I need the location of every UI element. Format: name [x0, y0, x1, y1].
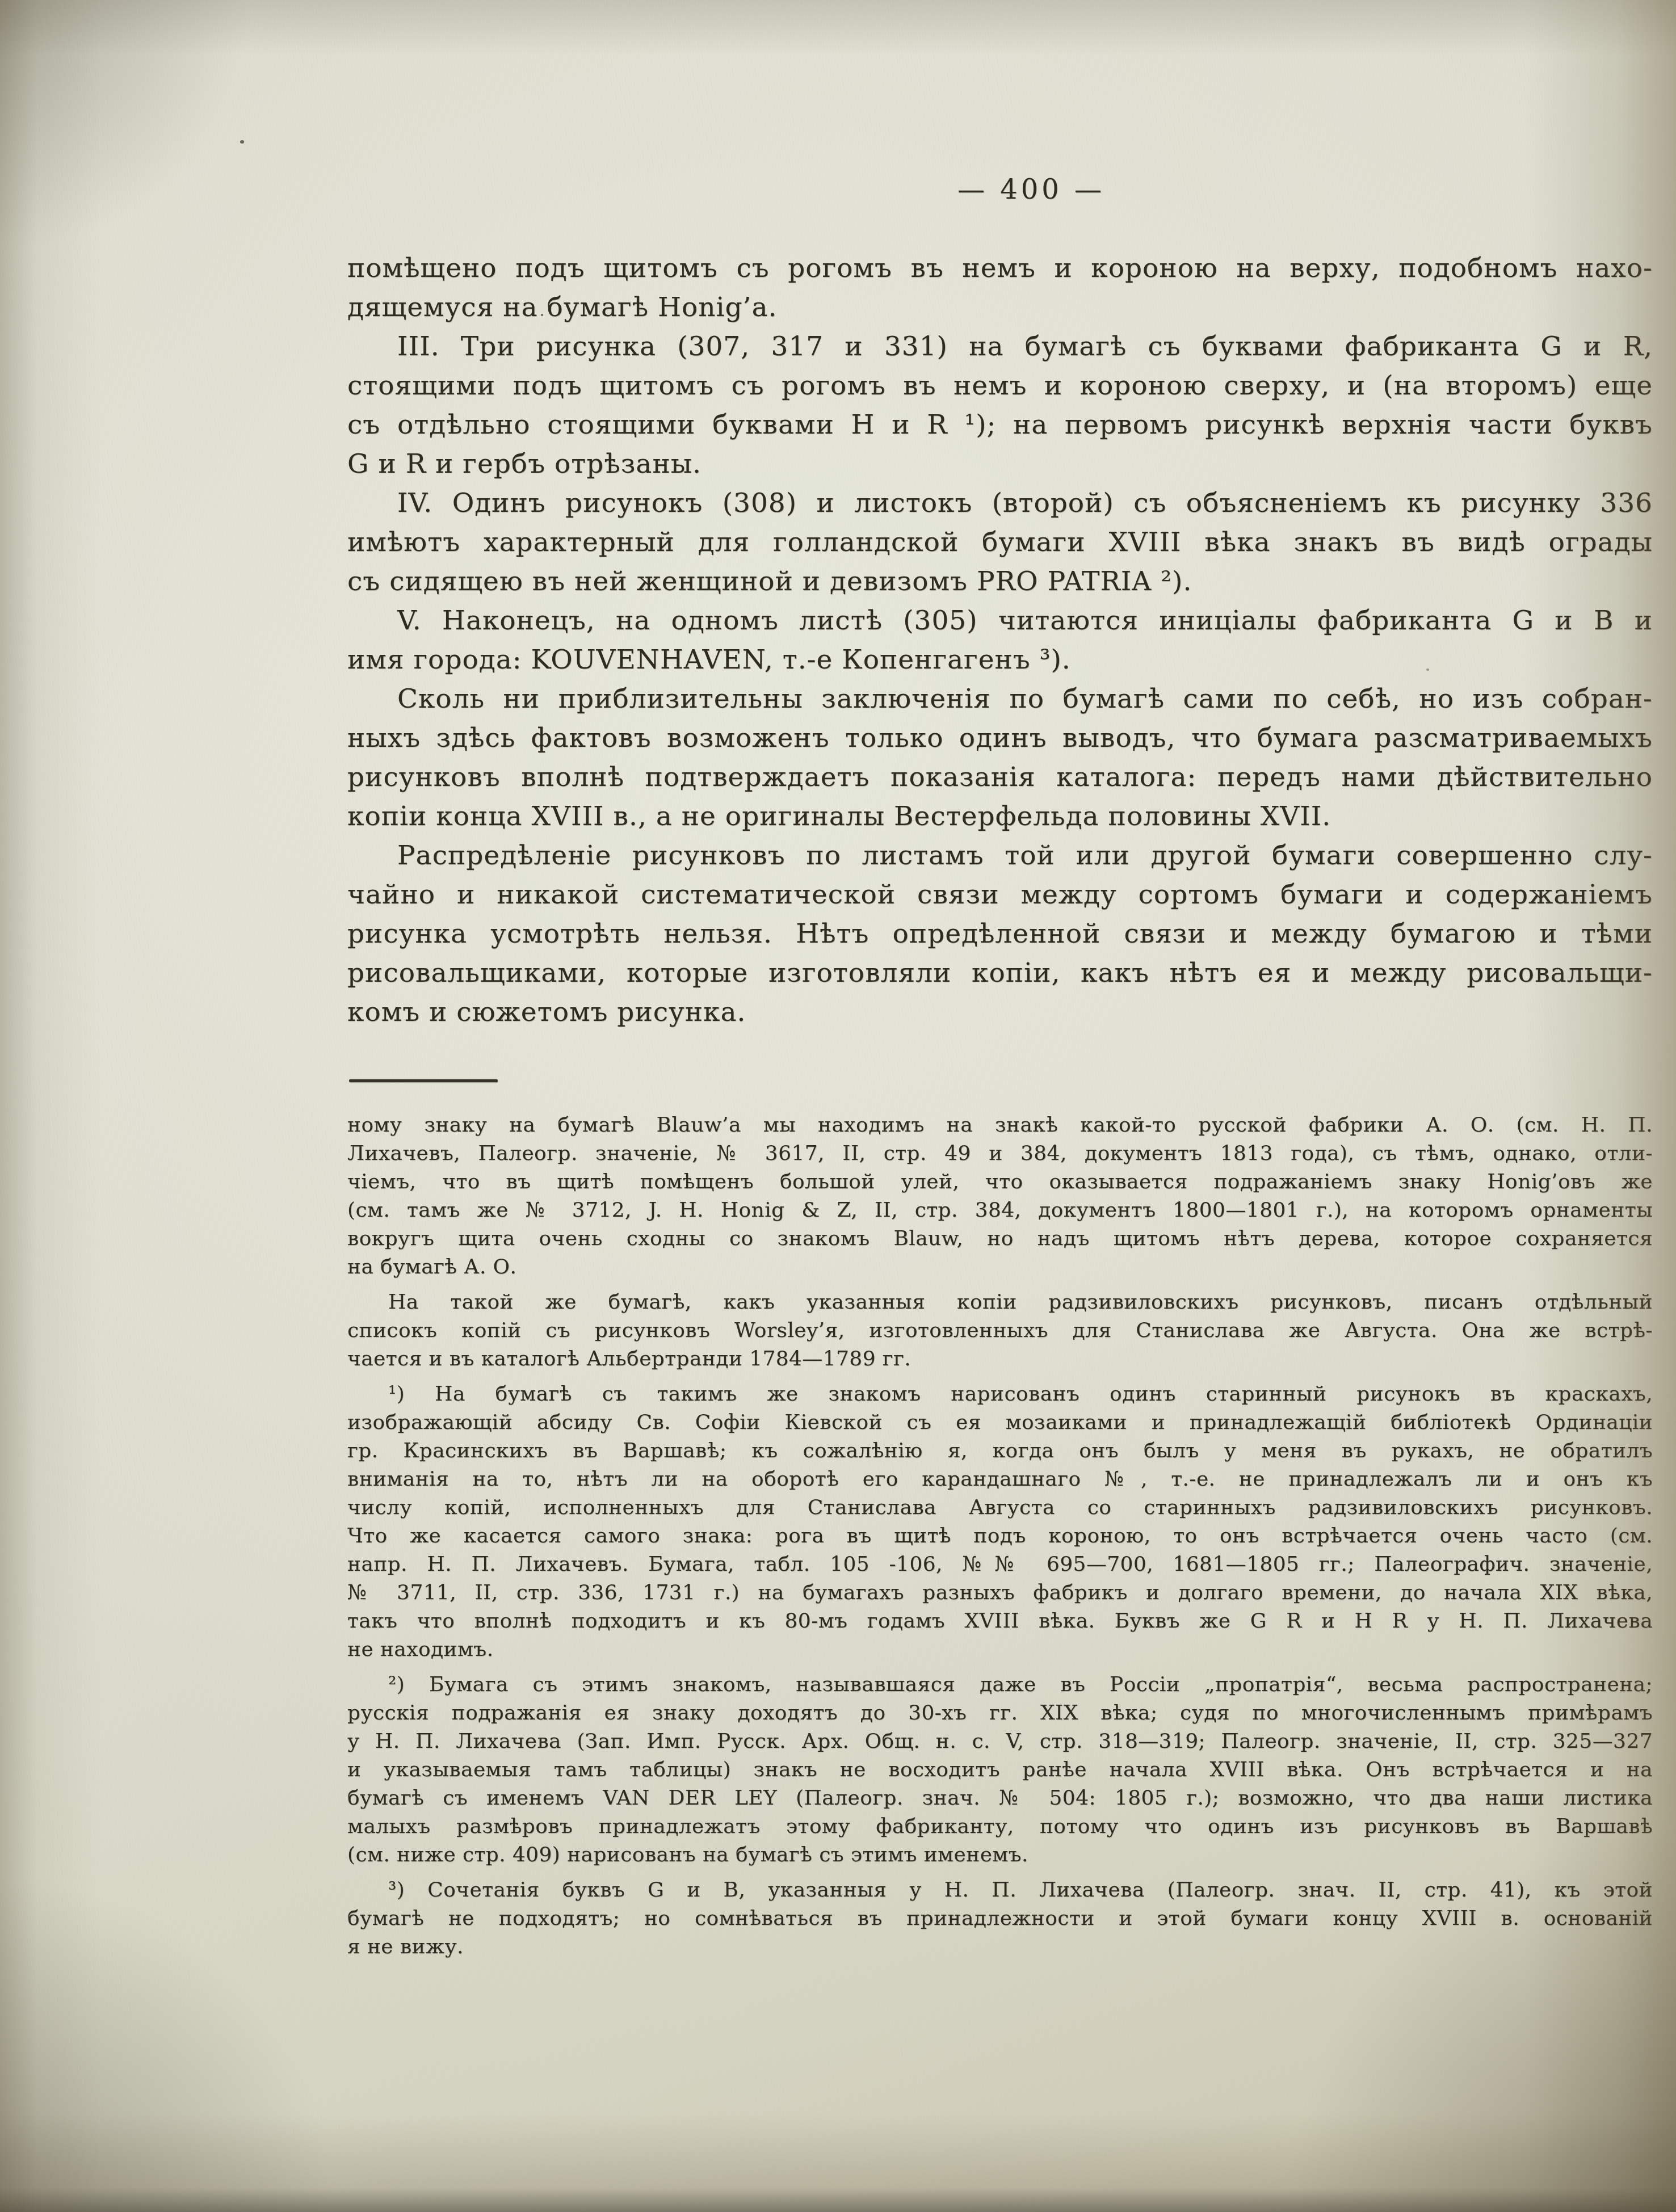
- text-line: рисунка усмотрѣть нельзя. Нѣтъ опредѣлен…: [347, 914, 1653, 953]
- text-line: изображающій абсиду Св. Софіи Кіевской с…: [347, 1408, 1653, 1437]
- page-number: — 400 —: [379, 174, 1676, 205]
- text-line: бумагѣ съ именемъ VAN DER LEY (Палеогр. …: [347, 1784, 1653, 1813]
- paragraph: ³) Сочетанія буквъ G и B, указанныя у Н.…: [347, 1876, 1653, 1961]
- text-line: имя города: KOUVENHAVEN, т.-е Копенгаген…: [347, 640, 1653, 679]
- text-line: такъ что вполнѣ подходитъ и къ 80-мъ год…: [347, 1607, 1653, 1635]
- text-line: Сколь ни приблизительны заключенія по бу…: [347, 679, 1653, 718]
- text-line: Распредѣленіе рисунковъ по листамъ той и…: [347, 836, 1653, 875]
- text-line: (см. тамъ же № 3712, J. H. Honig & Z, II…: [347, 1196, 1653, 1225]
- text-line: на бумагѣ А. О.: [347, 1253, 1653, 1281]
- paragraph: ¹) На бумагѣ съ такимъ же знакомъ нарисо…: [347, 1380, 1653, 1664]
- text-line: рисунковъ вполнѣ подтверждаетъ показанія…: [347, 758, 1653, 797]
- paragraph: V. Наконецъ, на одномъ листѣ (305) читаю…: [347, 601, 1653, 679]
- text-line: ныхъ здѣсь фактовъ возможенъ только один…: [347, 718, 1653, 758]
- text-line: (см. ниже стр. 409) нарисованъ на бумагѣ…: [347, 1841, 1653, 1869]
- text-line: чается и въ каталогѣ Альбертранди 1784—1…: [347, 1345, 1653, 1373]
- text-line: № 3711, II, стр. 336, 1731 г.) на бумага…: [347, 1579, 1653, 1607]
- text-line: напр. Н. П. Лихачевъ. Бумага, табл. 105 …: [347, 1550, 1653, 1579]
- text-line: чайно и никакой систематической связи ме…: [347, 875, 1653, 914]
- text-line: числу копій, исполненныхъ для Станислава…: [347, 1494, 1653, 1522]
- book-page-photo: — 400 — помѣщено подъ щитомъ съ рогомъ в…: [0, 0, 1676, 2212]
- text-line: я не вижу.: [347, 1933, 1653, 1961]
- text-line: V. Наконецъ, на одномъ листѣ (305) читаю…: [347, 601, 1653, 640]
- paragraph: помѣщено подъ щитомъ съ рогомъ въ немъ и…: [347, 249, 1653, 327]
- text-line: дящемуся на бумагѣ Honig’а.: [347, 288, 1653, 327]
- text-line: у Н. П. Лихачева (Зап. Имп. Русск. Арх. …: [347, 1727, 1653, 1756]
- text-line: русскія подражанія ея знаку доходятъ до …: [347, 1699, 1653, 1727]
- text-line: Лихачевъ, Палеогр. значеніе, № 3617, II,…: [347, 1139, 1653, 1168]
- text-line: не находимъ.: [347, 1635, 1653, 1664]
- text-line: гр. Красинскихъ въ Варшавѣ; къ сожалѣнію…: [347, 1437, 1653, 1465]
- text-line: имѣютъ характерный для голландской бумаг…: [347, 523, 1653, 562]
- text-line: комъ и сюжетомъ рисунка.: [347, 993, 1653, 1032]
- text-line: помѣщено подъ щитомъ съ рогомъ въ немъ и…: [347, 249, 1653, 288]
- text-line: и указываемыя тамъ таблицы) знакъ не вос…: [347, 1756, 1653, 1784]
- text-line: чіемъ, что въ щитѣ помѣщенъ большой улей…: [347, 1168, 1653, 1196]
- text-line: бумагѣ не подходятъ; но сомнѣваться въ п…: [347, 1904, 1653, 1933]
- ink-speck: [240, 140, 244, 144]
- text-line: На такой же бумагѣ, какъ указанныя копіи…: [347, 1288, 1653, 1317]
- text-line: малыхъ размѣровъ принадлежатъ этому фабр…: [347, 1813, 1653, 1841]
- paragraph: ²) Бумага съ этимъ знакомъ, называвшаяся…: [347, 1671, 1653, 1869]
- text-line: ³) Сочетанія буквъ G и B, указанныя у Н.…: [347, 1876, 1653, 1904]
- text-line: Что же касается самого знака: рога въ щи…: [347, 1522, 1653, 1550]
- text-line: ²) Бумага съ этимъ знакомъ, называвшаяся…: [347, 1671, 1653, 1699]
- paragraph: На такой же бумагѣ, какъ указанныя копіи…: [347, 1288, 1653, 1373]
- text-line: вниманія на то, нѣтъ ли на оборотѣ его к…: [347, 1465, 1653, 1494]
- text-line: копіи конца XVIII в., а не оригиналы Вес…: [347, 797, 1653, 836]
- main-text: помѣщено подъ щитомъ съ рогомъ въ немъ и…: [347, 249, 1653, 1032]
- text-line: стоящими подъ щитомъ съ рогомъ въ немъ и…: [347, 366, 1653, 405]
- paragraph: IV. Одинъ рисунокъ (308) и листокъ (втор…: [347, 483, 1653, 601]
- text-line: списокъ копій съ рисунковъ Worsley’я, из…: [347, 1317, 1653, 1345]
- text-line: вокругъ щита очень сходны со знакомъ Bla…: [347, 1225, 1653, 1253]
- paragraph: Сколь ни приблизительны заключенія по бу…: [347, 679, 1653, 836]
- paragraph: ному знаку на бумагѣ Blauw’а мы находимъ…: [347, 1111, 1653, 1281]
- footnote-separator: [349, 1079, 498, 1082]
- text-line: съ сидящею въ ней женщиной и девизомъ PR…: [347, 562, 1653, 601]
- text-line: III. Три рисунка (307, 317 и 331) на бум…: [347, 327, 1653, 366]
- text-line: ному знаку на бумагѣ Blauw’а мы находимъ…: [347, 1111, 1653, 1139]
- paragraph: Распредѣленіе рисунковъ по листамъ той и…: [347, 836, 1653, 1032]
- paragraph: III. Три рисунка (307, 317 и 331) на бум…: [347, 327, 1653, 483]
- text-line: IV. Одинъ рисунокъ (308) и листокъ (втор…: [347, 483, 1653, 523]
- text-line: ¹) На бумагѣ съ такимъ же знакомъ нарисо…: [347, 1380, 1653, 1408]
- text-line: G и R и гербъ отрѣзаны.: [347, 444, 1653, 483]
- text-line: съ отдѣльно стоящими буквами H и R ¹); н…: [347, 405, 1653, 444]
- text-line: рисовальщиками, которые изготовляли копі…: [347, 953, 1653, 993]
- footnotes: ному знаку на бумагѣ Blauw’а мы находимъ…: [347, 1111, 1653, 1961]
